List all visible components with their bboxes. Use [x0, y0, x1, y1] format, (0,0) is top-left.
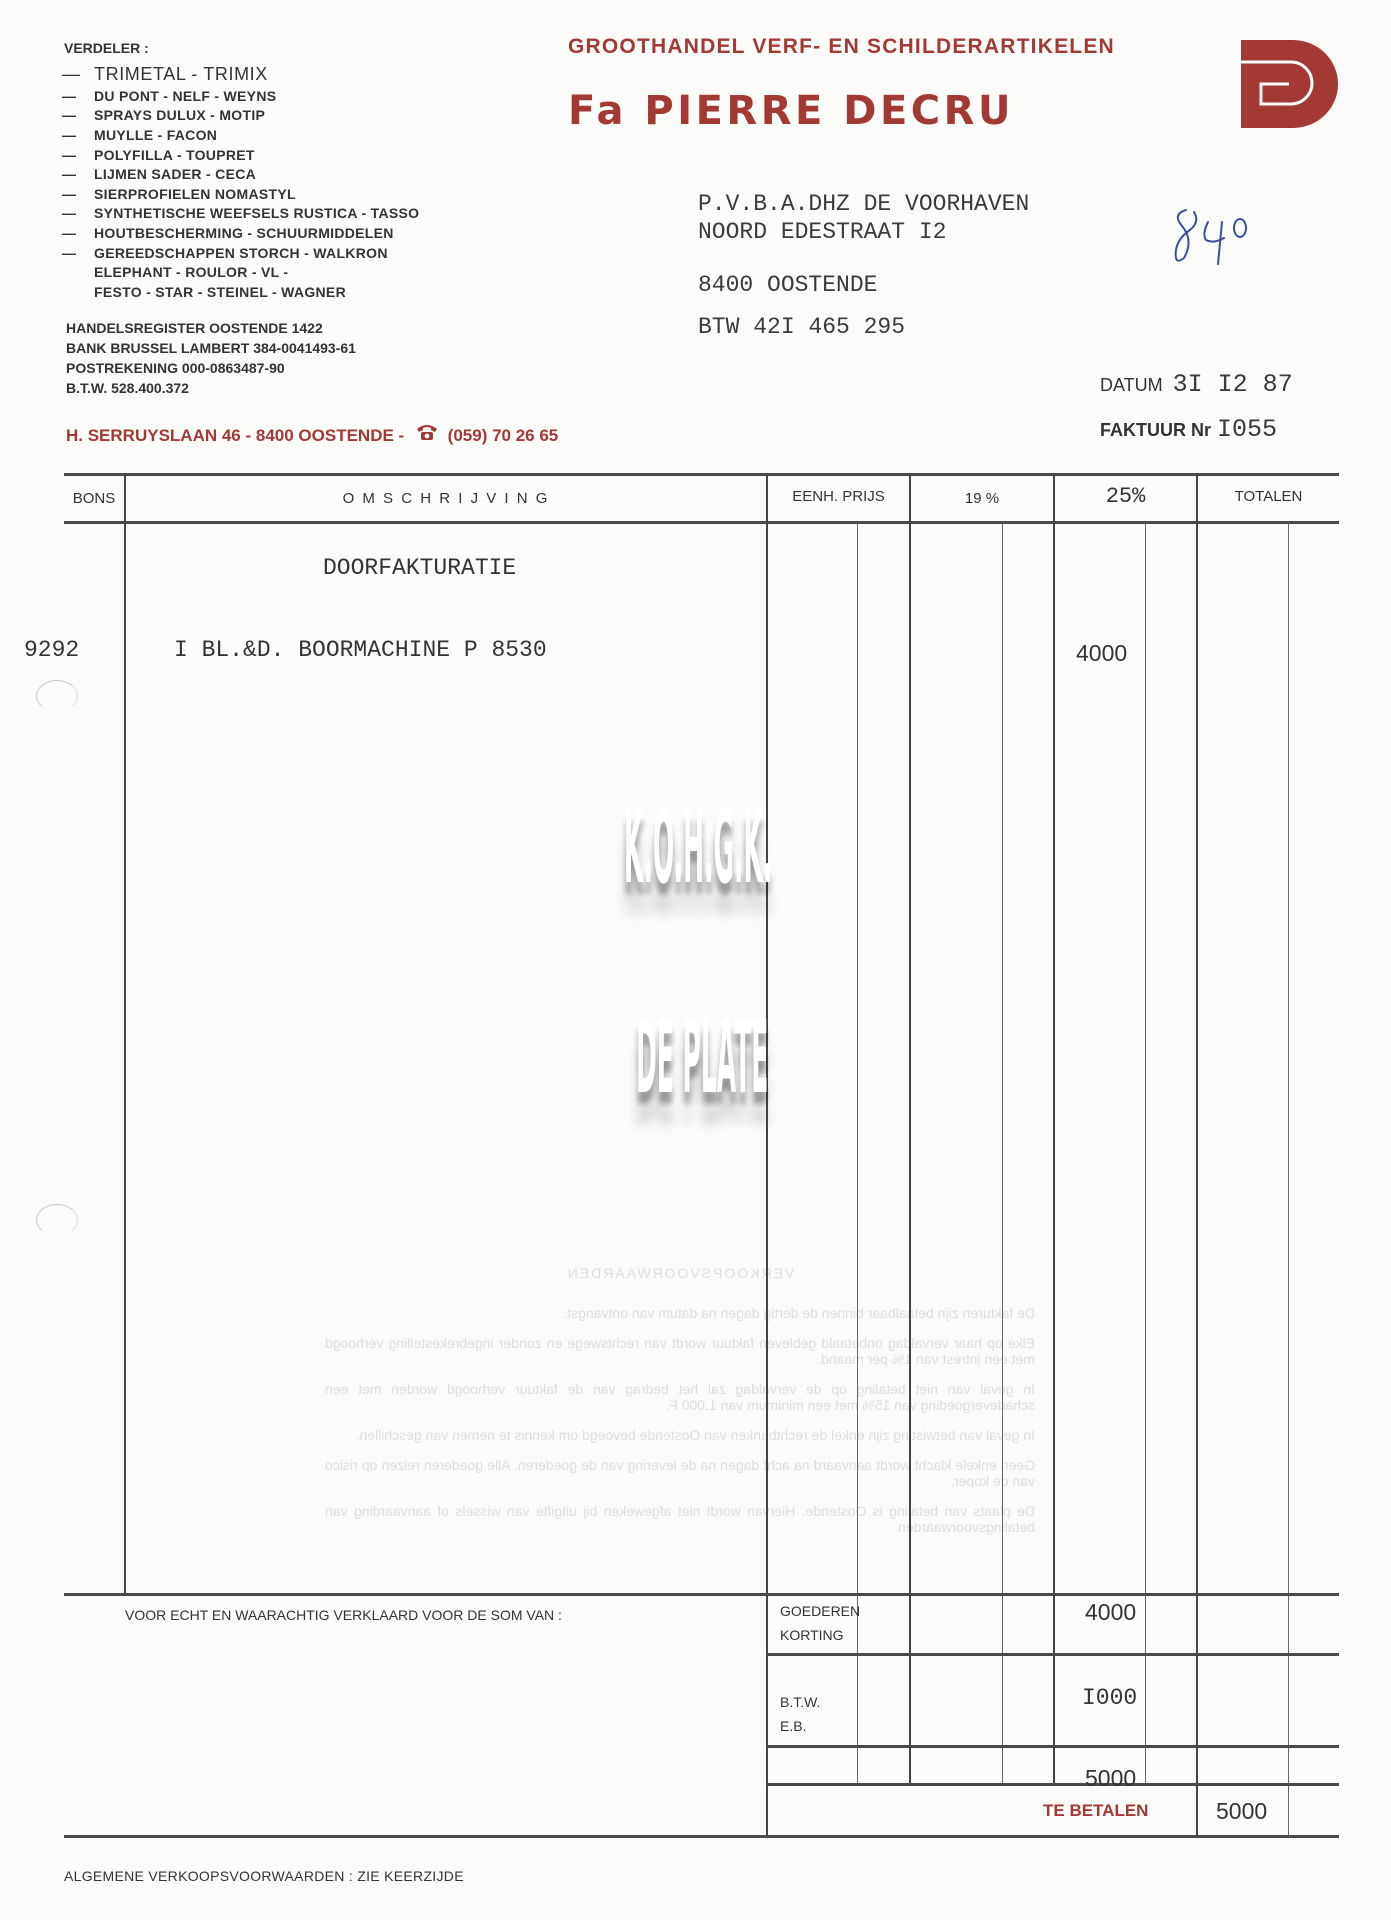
subtotal-value: 5000 [1085, 1765, 1136, 1792]
customer-street: NOORD EDESTRAAT I2 [698, 218, 1029, 246]
brand-text: FESTO - STAR - STEINEL - WAGNER [94, 284, 346, 300]
brand-text: DU PONT - NELF - WEYNS [94, 88, 276, 104]
col-header-vat19: 19 % [911, 490, 1053, 507]
company-address-line: H. SERRUYSLAAN 46 - 8400 OOSTENDE - (059… [66, 423, 558, 446]
bank-account: BANK BRUSSEL LAMBERT 384-0041493-61 [66, 338, 356, 358]
dash-bullet: — [62, 166, 84, 182]
divider [1288, 523, 1289, 1835]
stamp-line-1: K.O.H.G.K. [624, 790, 772, 906]
dash-bullet: — [62, 147, 84, 163]
decru-d-logo-icon [1241, 40, 1338, 128]
dash-bullet: — [62, 225, 84, 241]
date-value: 3I I2 87 [1173, 370, 1293, 399]
reverse-side-conditions: VERKOOPSVOORWAARDEN De fakturen zijn bet… [325, 1265, 1035, 1549]
invoice-date: DATUM3I I2 87 [1100, 370, 1293, 399]
dash-bullet: — [62, 205, 84, 221]
divider [766, 1653, 1339, 1656]
company-address: H. SERRUYSLAAN 46 - 8400 OOSTENDE - [66, 426, 404, 445]
dash-bullet: — [62, 245, 84, 261]
goods-value: 4000 [1085, 1599, 1136, 1626]
company-registration-info: HANDELSREGISTER OOSTENDE 1422 BANK BRUSS… [66, 318, 356, 398]
brand-list-item: —SPRAYS DULUX - MOTIP [62, 106, 419, 126]
trade-register: HANDELSREGISTER OOSTENDE 1422 [66, 318, 356, 338]
brand-text: HOUTBESCHERMING - SCHUURMIDDELEN [94, 225, 394, 241]
eb-label: E.B. [780, 1718, 806, 1734]
brand-list-item: —LIJMEN SADER - CECA [62, 164, 419, 184]
dash-bullet: — [62, 186, 84, 202]
brand-list-item: —TRIMETAL - TRIMIX [62, 62, 419, 86]
brand-text: LIJMEN SADER - CECA [94, 166, 256, 182]
customer-name: P.V.B.A.DHZ DE VOORHAVEN [698, 190, 1029, 218]
divider [766, 1783, 1339, 1786]
total-value: 5000 [1216, 1798, 1267, 1825]
brand-list-item: —MUYLLE - FACON [62, 125, 419, 145]
brand-list-item: FESTO - STAR - STEINEL - WAGNER [62, 282, 419, 302]
brand-text: ELEPHANT - ROULOR - VL - [94, 264, 288, 280]
row-amount-25: 4000 [1076, 640, 1127, 667]
vat-value: I000 [1082, 1685, 1137, 1711]
brand-list-item: —GEREEDSCHAPPEN STORCH - WALKRON [62, 243, 419, 263]
divider [64, 1835, 1339, 1838]
dash-bullet: — [62, 88, 84, 104]
invoice-number: FAKTUUR NrI055 [1100, 415, 1277, 444]
divider [766, 1745, 1339, 1748]
brand-text: GEREEDSCHAPPEN STORCH - WALKRON [94, 245, 388, 261]
handwritten-note: 840 [1168, 200, 1268, 280]
customer-address: P.V.B.A.DHZ DE VOORHAVEN NOORD EDESTRAAT… [698, 190, 1029, 341]
brand-list-item: —SIERPROFIELEN NOMASTYL [62, 184, 419, 204]
company-tagline: GROOTHANDEL VERF- EN SCHILDERARTIKELEN [568, 35, 1115, 59]
company-name: Fa PIERRE DECRU [568, 88, 1014, 134]
terms-note: ALGEMENE VERKOOPSVOORWAARDEN : ZIE KEERZ… [64, 1868, 464, 1884]
brand-text: MUYLLE - FACON [94, 127, 217, 143]
customer-vat: BTW 42I 465 295 [698, 313, 1029, 341]
vat-number: B.T.W. 528.400.372 [66, 378, 356, 398]
col-header-totals: TOTALEN [1198, 488, 1339, 505]
dash-bullet: — [62, 127, 84, 143]
col-header-vat25: 25% [1055, 484, 1196, 509]
goods-label: GOEDEREN [780, 1603, 860, 1619]
total-label: TE BETALEN [1043, 1801, 1148, 1821]
discount-label: KORTING [780, 1627, 844, 1643]
brand-list-item: ELEPHANT - ROULOR - VL - [62, 262, 419, 282]
brand-text: TRIMETAL - TRIMIX [94, 64, 268, 85]
postal-account: POSTREKENING 000-0863487-90 [66, 358, 356, 378]
brand-list-item: —DU PONT - NELF - WEYNS [62, 86, 419, 106]
vat-label: B.T.W. [780, 1694, 820, 1710]
divider [909, 475, 911, 1785]
row-description: DOORFAKTURATIE [323, 555, 516, 581]
row-bons: 9292 [24, 637, 79, 663]
distributor-label: VERDELER : [64, 40, 149, 56]
dash-bullet: — [62, 64, 84, 85]
punch-hole [36, 1204, 78, 1236]
divider [1053, 475, 1055, 1785]
brand-text: SYNTHETISCHE WEEFSELS RUSTICA - TASSO [94, 205, 419, 221]
invoice-number-label: FAKTUUR Nr [1100, 420, 1211, 440]
customer-city: 8400 OOSTENDE [698, 271, 1029, 299]
brand-text: POLYFILLA - TOUPRET [94, 147, 255, 163]
brand-list-item: —HOUTBESCHERMING - SCHUURMIDDELEN [62, 223, 419, 243]
divider [766, 475, 768, 1835]
brand-text: SPRAYS DULUX - MOTIP [94, 107, 265, 123]
telephone-icon [415, 423, 439, 446]
company-phone: (059) 70 26 65 [448, 426, 559, 445]
divider [1196, 475, 1198, 1835]
divider [124, 475, 126, 1595]
invoice-number-value: I055 [1217, 415, 1277, 444]
divider [64, 521, 1339, 524]
divider [64, 1593, 1339, 1596]
divider [64, 473, 1339, 476]
col-header-bons: BONS [64, 490, 124, 507]
row-description: I BL.&D. BOORMACHINE P 8530 [174, 637, 547, 663]
brand-list-item: —POLYFILLA - TOUPRET [62, 145, 419, 165]
stamp-line-2: DE PLATE [636, 1000, 768, 1116]
punch-hole [36, 680, 78, 712]
brand-list-item: —SYNTHETISCHE WEEFSELS RUSTICA - TASSO [62, 204, 419, 224]
brand-list: —TRIMETAL - TRIMIX—DU PONT - NELF - WEYN… [62, 62, 419, 302]
date-label: DATUM [1100, 375, 1163, 395]
col-header-unit-price: EENH. PRIJS [768, 488, 909, 505]
dash-bullet: — [62, 107, 84, 123]
brand-text: SIERPROFIELEN NOMASTYL [94, 186, 296, 202]
col-header-description: O M S C H R I J V I N G [126, 490, 766, 507]
declaration-text: VOOR ECHT EN WAARACHTIG VERKLAARD VOOR D… [125, 1607, 562, 1623]
